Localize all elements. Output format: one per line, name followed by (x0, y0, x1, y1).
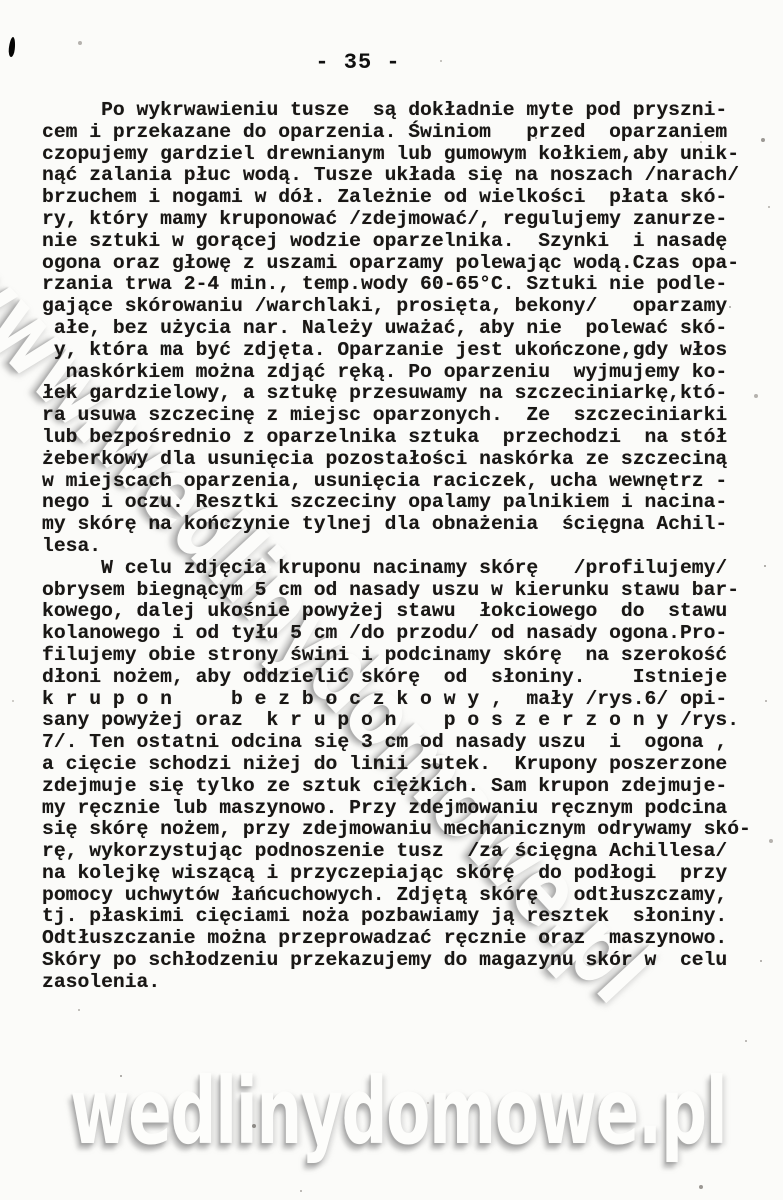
scanned-document-page: - 35 - www.wedlinydomowe.pl wedlinydomow… (0, 0, 783, 1200)
text-block: Po wykrwawieniu tusze są dokładnie myte … (42, 100, 751, 994)
page-number: - 35 - (0, 50, 716, 75)
paper-specks (0, 0, 2, 2)
paragraph-scalding-dehairing: Po wykrwawieniu tusze są dokładnie myte … (42, 100, 751, 558)
bottom-watermark: wedlinydomowe.pl (70, 1066, 726, 1158)
paragraph-krupon-skinning: W celu zdjęcia kruponu nacinamy skórę /p… (42, 558, 751, 994)
